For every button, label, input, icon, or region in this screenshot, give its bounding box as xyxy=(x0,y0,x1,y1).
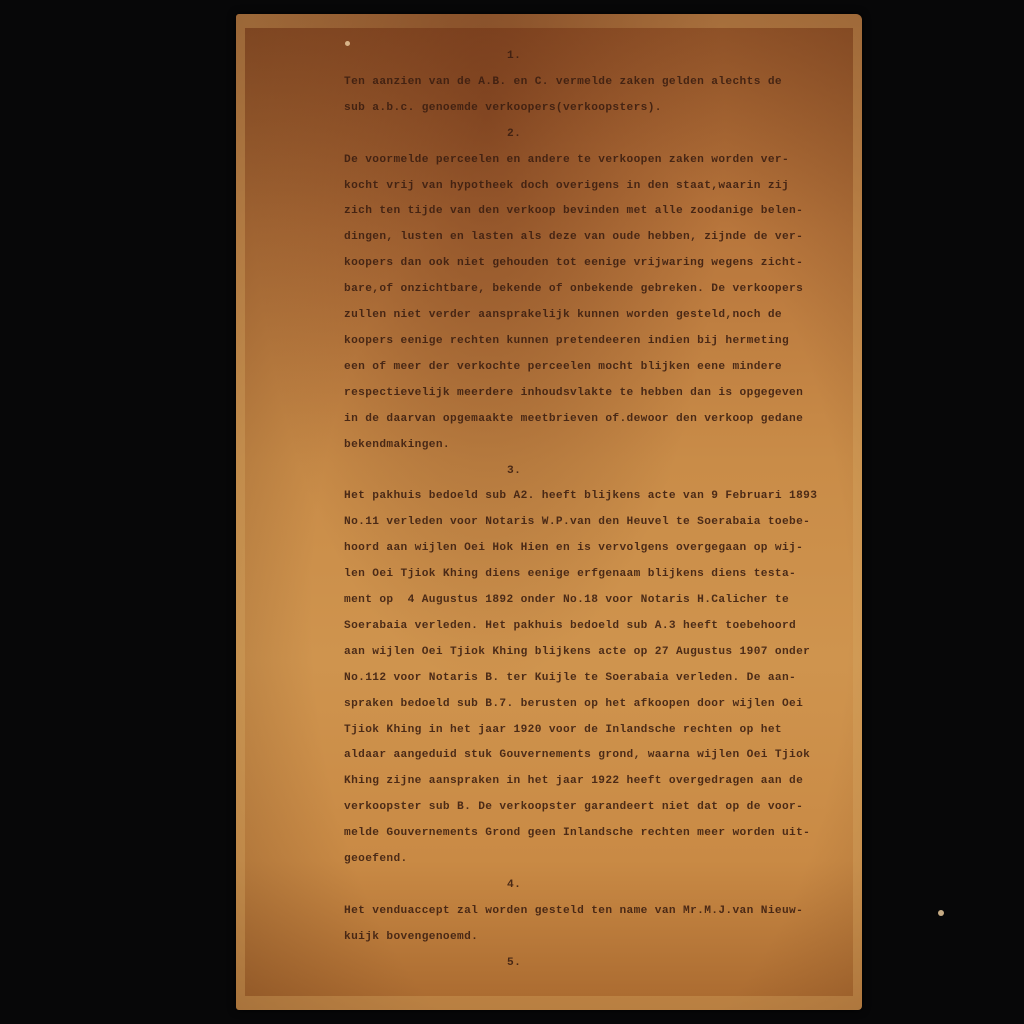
text-line: Het pakhuis bedoeld sub A2. heeft blijke… xyxy=(344,484,864,510)
typewritten-text: 1.Ten aanzien van de A.B. en C. vermelde… xyxy=(344,44,864,977)
text-line: kuijk bovengenoemd. xyxy=(344,925,864,951)
text-line: hoord aan wijlen Oei Hok Hien en is verv… xyxy=(344,536,864,562)
text-line: De voormelde perceelen en andere te verk… xyxy=(344,148,864,174)
text-line: bare,of onzichtbare, bekende of onbekend… xyxy=(344,277,864,303)
text-line: kocht vrij van hypotheek doch overigens … xyxy=(344,174,864,200)
section-number: 3. xyxy=(344,459,864,485)
text-line: respectievelijk meerdere inhoudsvlakte t… xyxy=(344,381,864,407)
section-number: 4. xyxy=(344,873,864,899)
text-line: koopers dan ook niet gehouden tot eenige… xyxy=(344,251,864,277)
section-number: 1. xyxy=(344,44,864,70)
text-line: sub a.b.c. genoemde verkoopers(verkoopst… xyxy=(344,96,864,122)
text-line: Khing zijne aanspraken in het jaar 1922 … xyxy=(344,769,864,795)
text-line: in de daarvan opgemaakte meetbrieven of.… xyxy=(344,407,864,433)
text-line: geoefend. xyxy=(344,847,864,873)
text-line: Ten aanzien van de A.B. en C. vermelde z… xyxy=(344,70,864,96)
text-line: zich ten tijde van den verkoop bevinden … xyxy=(344,199,864,225)
text-line: bekendmakingen. xyxy=(344,433,864,459)
text-line: Soerabaia verleden. Het pakhuis bedoeld … xyxy=(344,614,864,640)
text-line: een of meer der verkochte perceelen moch… xyxy=(344,355,864,381)
section-number: 5. xyxy=(344,951,864,977)
text-line: melde Gouvernements Grond geen Inlandsch… xyxy=(344,821,864,847)
dust-speck xyxy=(938,910,944,916)
text-line: No.112 voor Notaris B. ter Kuijle te Soe… xyxy=(344,666,864,692)
text-line: aldaar aangeduid stuk Gouvernements gron… xyxy=(344,743,864,769)
text-line: Tjiok Khing in het jaar 1920 voor de Inl… xyxy=(344,718,864,744)
text-line: koopers eenige rechten kunnen pretendeer… xyxy=(344,329,864,355)
section-number: 2. xyxy=(344,122,864,148)
text-line: ment op 4 Augustus 1892 onder No.18 voor… xyxy=(344,588,864,614)
text-line: aan wijlen Oei Tjiok Khing blijkens acte… xyxy=(344,640,864,666)
text-line: spraken bedoeld sub B.7. berusten op het… xyxy=(344,692,864,718)
text-line: zullen niet verder aansprakelijk kunnen … xyxy=(344,303,864,329)
text-line: dingen, lusten en lasten als deze van ou… xyxy=(344,225,864,251)
text-line: len Oei Tjiok Khing diens eenige erfgena… xyxy=(344,562,864,588)
text-line: verkoopster sub B. De verkoopster garand… xyxy=(344,795,864,821)
text-line: Het venduaccept zal worden gesteld ten n… xyxy=(344,899,864,925)
text-line: No.11 verleden voor Notaris W.P.van den … xyxy=(344,510,864,536)
